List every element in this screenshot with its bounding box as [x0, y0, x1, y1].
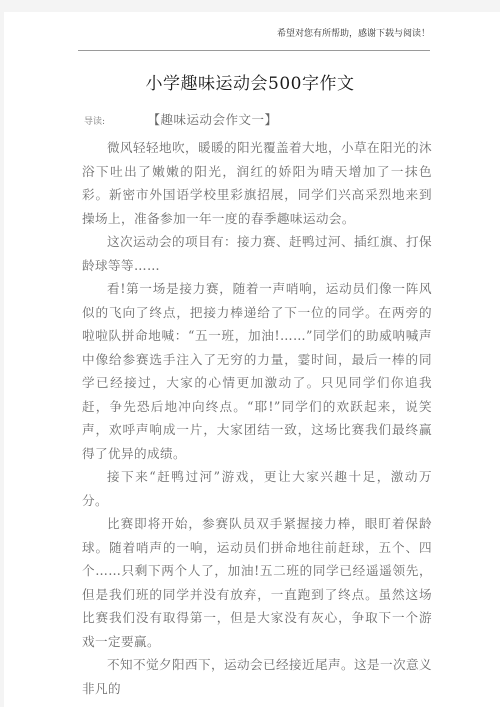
- paragraph: 接下来“赶鸭过河”游戏，更让大家兴趣十足，激动万分。: [82, 465, 432, 512]
- paragraph: 这次运动会的项目有：接力赛、赶鸭过河、插红旗、打保龄球等等……: [82, 230, 432, 277]
- guide-row: 导读: 【趣味运动会作文一】: [84, 112, 278, 130]
- paragraph: 比赛即将开始，参赛队员双手紧握接力棒，眼盯着保龄球。随着哨声的一响，运动员们拼命…: [82, 512, 432, 653]
- guide-label: 导读:: [84, 114, 144, 130]
- section-heading: 【趣味运动会作文一】: [148, 112, 278, 127]
- document-title: 小学趣味运动会500字作文: [0, 73, 500, 95]
- paragraph: 看!第一场是接力赛，随着一声哨响，运动员们像一阵风似的飞向了终点，把接力棒递给了…: [82, 277, 432, 465]
- viewer-top-strip: [0, 0, 500, 12]
- paragraph: 微风轻轻地吹，暖暖的阳光覆盖着大地，小草在阳光的沐浴下吐出了嫩嫩的阳光，润红的娇…: [82, 136, 432, 230]
- header-divider: [78, 50, 430, 51]
- paragraph: 不知不觉夕阳西下，运动会已经接近尾声。这是一次意义非凡的: [82, 653, 432, 700]
- header-note: 希望对您有所帮助，感谢下载与阅读！: [78, 28, 430, 40]
- document-body: 微风轻轻地吹，暖暖的阳光覆盖着大地，小草在阳光的沐浴下吐出了嫩嫩的阳光，润红的娇…: [82, 136, 432, 700]
